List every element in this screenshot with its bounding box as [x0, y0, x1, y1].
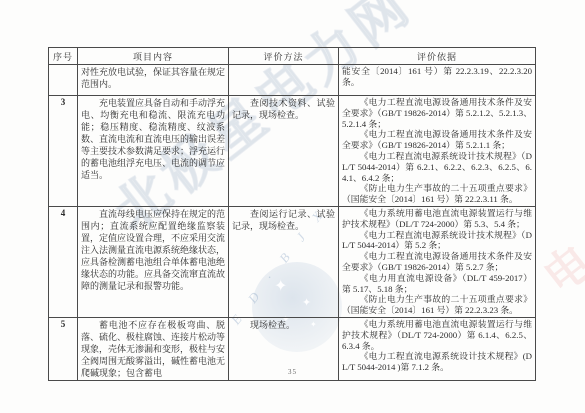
eval-method-text: 查阅技术资料、试验记录，现场检查。 [232, 97, 335, 121]
item-content-text: 充电装置应具备自动和手动浮充电、均衡充电和稳流、限流充电功能；稳压精度、稳流精度… [81, 97, 225, 181]
item-content-text: 蓄电池不应存在极板弯曲、脱落、硫化、极柱腐蚀、连接片松动等现象，壳体无渗漏和变形… [81, 319, 225, 379]
cell-seq-no: 5 [49, 317, 78, 380]
cell-item-content: 对性充放电试验，保证其容量在规定范围内。 [78, 65, 229, 96]
watermark-pink-text: 电力网 [528, 163, 585, 307]
eval-basis-reference: 《电力系统用蓄电池直流电源装置运行与维护技术规程》（DL/T 724-2000）… [342, 208, 532, 230]
col-header-eval-basis: 评价依据 [339, 48, 536, 65]
eval-method-text: 现场检查。 [232, 319, 335, 331]
cell-seq-no: 4 [49, 207, 78, 318]
item-content-text: 直流母线电压应保持在规定的范围内；直流系统应配置绝缘监察装置，定值应设置合理，不… [81, 208, 225, 292]
document-page: 北极星电力网 ✦ ✦ ✦ ✦ E D · B J X 电力网 序号 项目内容 评… [0, 0, 585, 413]
table-row: 4直流母线电压应保持在规定的范围内；直流系统应配置绝缘监察装置，定值应设置合理，… [49, 207, 536, 318]
table-row: 5蓄电池不应存在极板弯曲、脱落、硫化、极柱腐蚀、连接片松动等现象，壳体无渗漏和变… [49, 317, 536, 380]
eval-basis-reference: 《电力用直流电源设备》（DL/T 459-2017）第 5.17、5.18 条； [342, 273, 532, 295]
cell-item-content: 充电装置应具备自动和手动浮充电、均衡充电和稳流、限流充电功能；稳压精度、稳流精度… [78, 96, 229, 207]
eval-basis-reference: 能安全〔2014〕161 号）第 22.2.3.19、22.2.3.20 条。 [342, 66, 532, 88]
table-header-row: 序号 项目内容 评价方法 评价依据 [49, 48, 536, 65]
item-content-text: 对性充放电试验，保证其容量在规定范围内。 [81, 66, 225, 90]
cell-eval-method: 查阅运行记录、试验记录，现场检查。 [229, 207, 339, 318]
cell-eval-method: 查阅技术资料、试验记录，现场检查。 [229, 96, 339, 207]
cell-eval-basis: 《电力系统用蓄电池直流电源装置运行与维护技术规程》（DL/T 724-2000）… [339, 207, 536, 318]
cell-item-content: 直流母线电压应保持在规定的范围内；直流系统应配置绝缘监察装置，定值应设置合理，不… [78, 207, 229, 318]
eval-method-text: 查阅运行记录、试验记录，现场检查。 [232, 208, 335, 232]
cell-eval-method [229, 65, 339, 96]
table-row: 3充电装置应具备自动和手动浮充电、均衡充电和稳流、限流充电功能；稳压精度、稳流精… [49, 96, 536, 207]
cell-eval-basis: 《电力工程直流电源设备通用技术条件及安全要求》（GB/T 19826-2014）… [339, 96, 536, 207]
eval-basis-reference: 《电力工程直流电源设备通用技术条件及安全要求》（GB/T 19826-2014）… [342, 129, 532, 151]
col-header-eval-method: 评价方法 [229, 48, 339, 65]
col-header-item-content: 项目内容 [78, 48, 229, 65]
eval-basis-reference: 《防止电力生产事故的二十五项重点要求》（国能安全〔2014〕161 号）第 22… [342, 183, 532, 205]
cell-seq-no [49, 65, 78, 96]
table-row: 对性充放电试验，保证其容量在规定范围内。能安全〔2014〕161 号）第 22.… [49, 65, 536, 96]
eval-basis-reference: 《电力系统用蓄电池直流电源装置运行与维护技术规程》（DL/T 724-2000）… [342, 319, 532, 351]
eval-basis-reference: 《电力工程直流电源系统设计技术规程》(DL/T 5044-2014 )第 7.1… [342, 351, 532, 373]
cell-eval-basis: 《电力系统用蓄电池直流电源装置运行与维护技术规程》（DL/T 724-2000）… [339, 317, 536, 380]
cell-item-content: 蓄电池不应存在极板弯曲、脱落、硫化、极柱腐蚀、连接片松动等现象，壳体无渗漏和变形… [78, 317, 229, 380]
eval-basis-reference: 《电力工程直流电源设备通用技术条件及安全要求》（GB/T 19826-2014）… [342, 251, 532, 273]
cell-seq-no: 3 [49, 96, 78, 207]
cell-eval-method: 现场检查。 [229, 317, 339, 380]
eval-basis-reference: 《电力工程直流电源设备通用技术条件及安全要求》（GB/T 19826-2014）… [342, 97, 532, 129]
cell-eval-basis: 能安全〔2014〕161 号）第 22.2.3.19、22.2.3.20 条。 [339, 65, 536, 96]
col-header-seq-no: 序号 [49, 48, 78, 65]
evaluation-table: 序号 项目内容 评价方法 评价依据 对性充放电试验，保证其容量在规定范围内。能安… [48, 47, 536, 381]
eval-basis-reference: 《电力工程直流电源系统设计技术规程》（DL/T 5044-2014）第 5.2 … [342, 230, 532, 252]
eval-basis-reference: 《电力工程直流电源系统设计技术规程》（DL/T 5044-2014）第 6.2.… [342, 151, 532, 183]
eval-basis-reference: 《防止电力生产事故的二十五项重点要求》（国能安全〔2014〕161 号）第 22… [342, 294, 532, 316]
